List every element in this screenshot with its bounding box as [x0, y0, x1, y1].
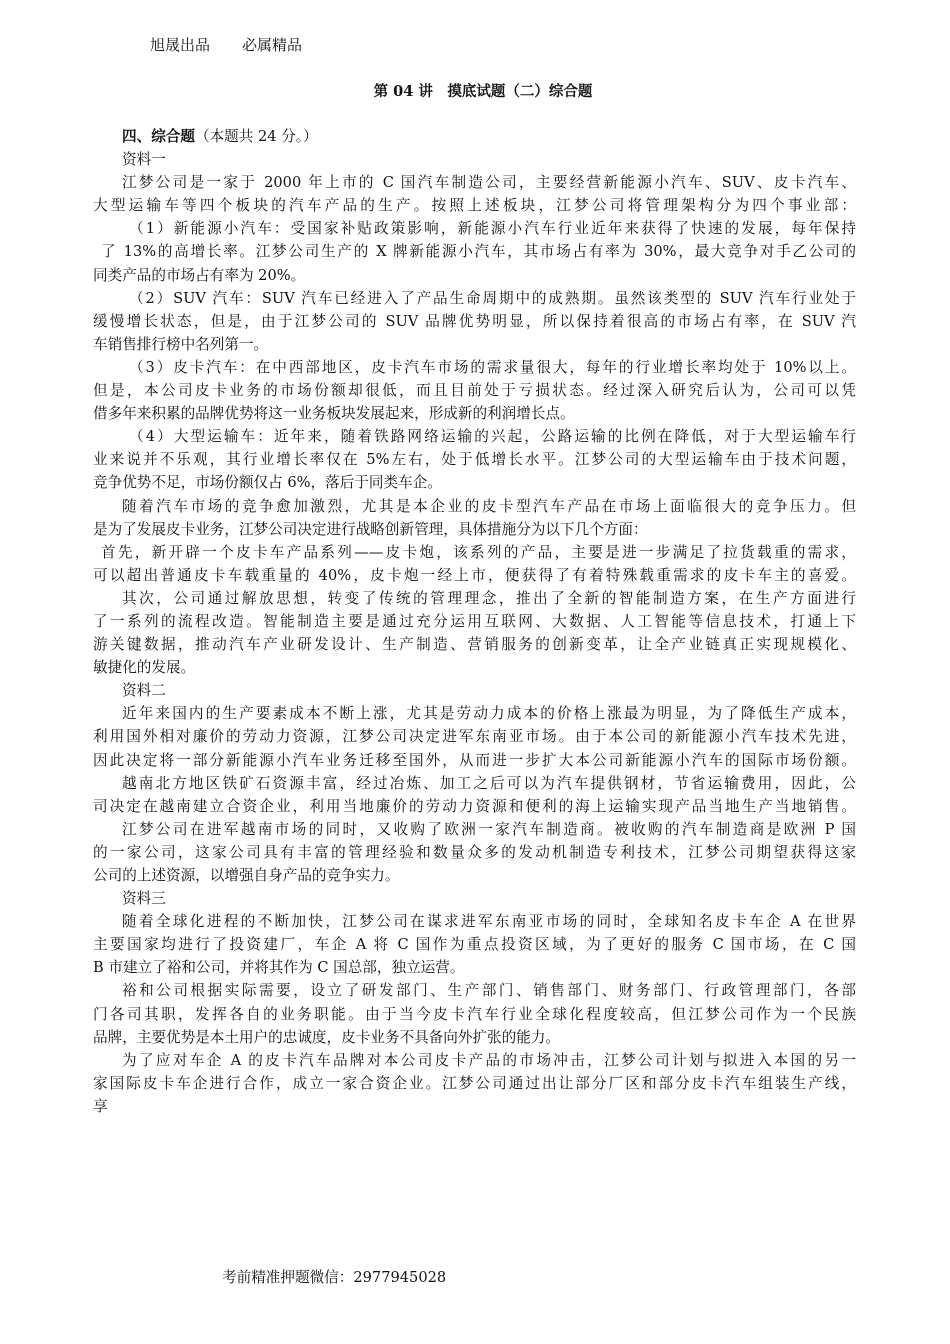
- page-footer: 考前精准押题微信：2977945028: [222, 1266, 446, 1287]
- paragraph-line: （1）新能源小汽车：受国家补贴政策影响，新能源小汽车行业近年来获得了快速的发展，…: [93, 217, 856, 240]
- page-title: 第 04 讲 摸底试题（二）综合题: [0, 80, 950, 101]
- material-label: 资料三: [93, 887, 856, 910]
- paragraph-line: 大型运输车等四个板块的汽车产品的生产。按照上述板块，江梦公司将管理架构分为四个事…: [93, 194, 856, 217]
- paragraph-line: 可以超出普通皮卡车载重量的 40%，皮卡炮一经上市，便获得了有着特殊载重需求的皮…: [93, 564, 856, 587]
- paragraph-line: 利用国外相对廉价的劳动力资源，江梦公司决定进军东南亚市场。由于本公司的新能源小汽…: [93, 725, 856, 748]
- paragraph-line: 竞争优势不足，市场份额仅占 6%，落后于同类车企。: [93, 471, 856, 494]
- paragraph-line: 是为了发展皮卡业务，江梦公司决定进行战略创新管理，具体措施分为以下几个方面：: [93, 518, 856, 541]
- paragraph-line: （3）皮卡汽车：在中西部地区，皮卡汽车市场的需求量很大，每年的行业增长率均处于 …: [93, 356, 856, 379]
- paragraph-line: 车销售排行榜中名列第一。: [93, 333, 856, 356]
- paragraph-line: 公司的上述资源，以增强自身产品的竞争实力。: [93, 864, 856, 887]
- section-heading: 四、综合题（本题共 24 分。）: [93, 125, 856, 148]
- page-header: 旭晟出品必属精品: [150, 34, 302, 55]
- header-slogan: 必属精品: [242, 36, 302, 54]
- paragraph-line: 但是，本公司皮卡业务的市场份额却很低，而且目前处于亏损状态。经过深入研究后认为，…: [93, 379, 856, 402]
- paragraph-line: B 市建立了裕和公司，并将其作为 C 国总部，独立运营。: [93, 956, 856, 979]
- paragraph-line: 因此决定将一部分新能源小汽车业务迁移至国外，从而进一步扩大本公司新能源小汽车的国…: [93, 749, 856, 772]
- paragraph-line: 裕和公司根据实际需要，设立了研发部门、生产部门、销售部门、财务部门、行政管理部门…: [93, 979, 856, 1002]
- material-label: 资料一: [93, 148, 856, 171]
- paragraph-line: 主要国家均进行了投资建厂，车企 A 将 C 国作为重点投资区域，为了更好的服务 …: [93, 933, 856, 956]
- paragraph-line: 同类产品的市场占有率为 20%。: [93, 264, 856, 287]
- paragraph-line: 为了应对车企 A 的皮卡汽车品牌对本公司皮卡产品的市场冲击，江梦公司计划与拟进入…: [93, 1049, 856, 1072]
- paragraph-line: 品牌，主要优势是本土用户的忠诚度，皮卡业务不具备向外扩张的能力。: [93, 1026, 856, 1049]
- paragraph-line: 门各司其职，发挥各自的业务职能。由于当今皮卡汽车行业全球化程度较高，但江梦公司作…: [93, 1003, 856, 1026]
- paragraph-line: 江梦公司在进军越南市场的同时，又收购了欧洲一家汽车制造商。被收购的汽车制造商是欧…: [93, 818, 856, 841]
- paragraph-line: 了 13%的高增长率。江梦公司生产的 X 牌新能源小汽车，其市场占有率为 30%…: [93, 240, 856, 263]
- paragraph-line: 借多年来积累的品牌优势将这一业务板块发展起来，形成新的利润增长点。: [93, 402, 856, 425]
- section-heading-title: 四、综合题: [122, 128, 195, 145]
- document-body: 四、综合题（本题共 24 分。） 资料一 江梦公司是一家于 2000 年上市的 …: [93, 125, 856, 1118]
- paragraph-line: 业来说并不乐观，其行业增长率仅在 5%左右，处于低增长水平。江梦公司的大型运输车…: [93, 448, 856, 471]
- paragraph-line: （4）大型运输车：近年来，随着铁路网络运输的兴起，公路运输的比例在降低，对于大型…: [93, 425, 856, 448]
- paragraph-line: 司决定在越南建立合资企业，利用当地廉价的劳动力资源和便利的海上运输实现产品当地生…: [93, 795, 856, 818]
- section-heading-note: （本题共 24 分。）: [195, 128, 318, 145]
- paragraph-line: 越南北方地区铁矿石资源丰富，经过冶炼、加工之后可以为汽车提供钢材，节省运输费用，…: [93, 772, 856, 795]
- header-brand: 旭晟出品: [150, 36, 210, 54]
- paragraph-line: 随着全球化进程的不断加快，江梦公司在谋求进军东南亚市场的同时，全球知名皮卡车企 …: [93, 910, 856, 933]
- paragraph-line: 的一家公司，这家公司具有丰富的管理经验和数量众多的发动机制造专利技术，江梦公司期…: [93, 841, 856, 864]
- paragraph-line: （2）SUV 汽车：SUV 汽车已经进入了产品生命周期中的成熟期。虽然该类型的 …: [93, 287, 856, 310]
- paragraph-line: 游关键数据，推动汽车产业研发设计、生产制造、营销服务的创新变革，让全产业链真正实…: [93, 633, 856, 656]
- paragraph-line: 敏捷化的发展。: [93, 656, 856, 679]
- paragraph-line: 了一系列的流程改造。智能制造主要是通过充分运用互联网、大数据、人工智能等信息技术…: [93, 610, 856, 633]
- material-label: 资料二: [93, 679, 856, 702]
- paragraph-line: 近年来国内的生产要素成本不断上涨，尤其是劳动力成本的价格上涨最为明显，为了降低生…: [93, 702, 856, 725]
- paragraph-line: 享: [93, 1095, 856, 1118]
- paragraph-line: 首先，新开辟一个皮卡车产品系列——皮卡炮，该系列的产品，主要是进一步满足了拉货载…: [93, 541, 856, 564]
- paragraph-line: 家国际皮卡车企进行合作，成立一家合资企业。江梦公司通过出让部分厂区和部分皮卡汽车…: [93, 1072, 856, 1095]
- paragraph-line: 其次，公司通过解放思想，转变了传统的管理理念，推出了全新的智能制造方案，在生产方…: [93, 587, 856, 610]
- paragraph-line: 缓慢增长状态，但是，由于江梦公司的 SUV 品牌优势明显，所以保持着很高的市场占…: [93, 310, 856, 333]
- paragraph-line: 江梦公司是一家于 2000 年上市的 C 国汽车制造公司，主要经营新能源小汽车、…: [93, 171, 856, 194]
- paragraph-line: 随着汽车市场的竞争愈加激烈，尤其是本企业的皮卡型汽车产品在市场上面临很大的竞争压…: [93, 495, 856, 518]
